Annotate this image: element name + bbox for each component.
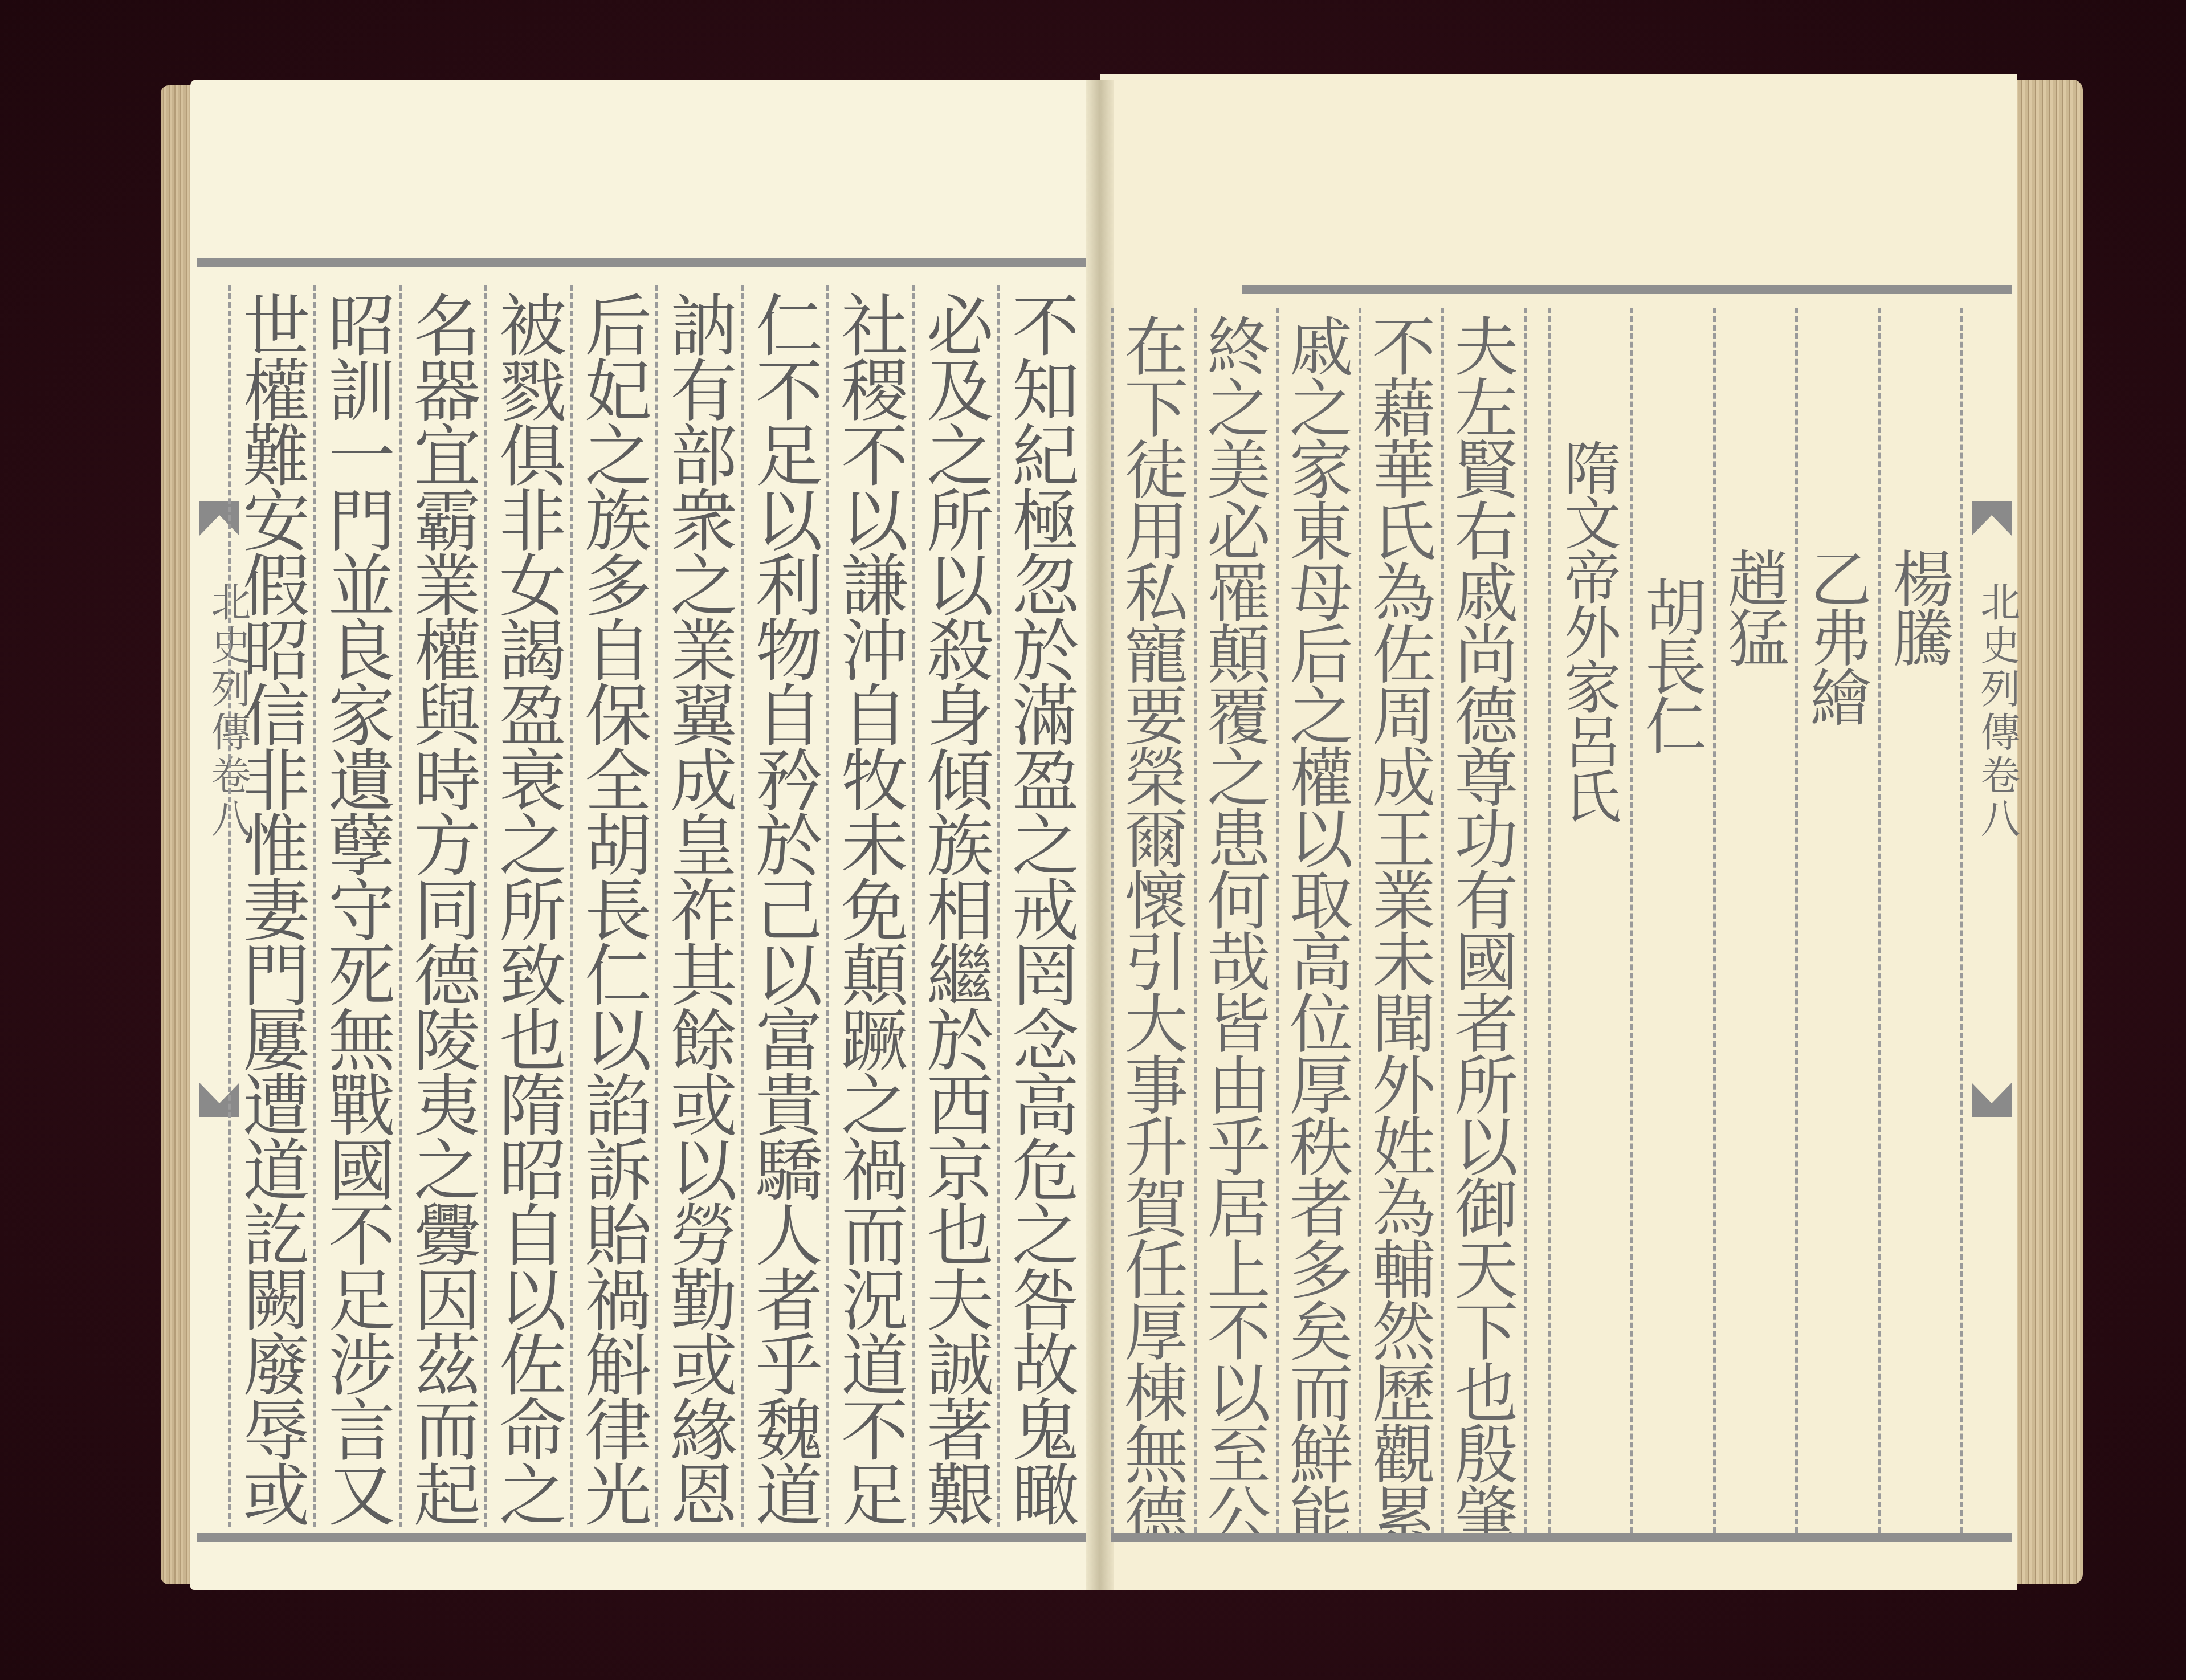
- left-top-border: [197, 258, 1086, 267]
- section-title: 隋文帝外家呂氏: [1548, 308, 1630, 1533]
- left-bottom-border: [197, 1533, 1086, 1542]
- book-gutter: [1086, 80, 1114, 1590]
- book-page-edges-left: [161, 85, 190, 1584]
- name-entry-yang-teng: 楊騰: [1878, 308, 1960, 1533]
- text-column: 后妃之族多自保全胡長仁以諂訴貽禍斛律光以地勢: [570, 285, 655, 1527]
- text-column: 訥有部衆之業翼成皇祚其餘或以勞勤或緣恩澤齊代: [655, 285, 741, 1527]
- text-column: 戚之家東母后之權以取高位厚秩者多矣而鮮能有古: [1276, 308, 1359, 1533]
- text-column: 世權難安假昭信非惟妻門屢遭道訖闕廢辱或望之地自: [228, 285, 313, 1527]
- text-column: 必及之所以殺身傾族相繼於西京也夫誠著艱難功宣: [912, 285, 997, 1527]
- text-column: 仁不足以利物自矜於己以富貴驕人者乎魏道武初賀: [741, 285, 826, 1527]
- text-column: 社稷不以謙沖自牧未免顛蹶之禍而況道不足以濟時: [826, 285, 912, 1527]
- text-column: 被戮俱非女謁盈衰之所致也隋昭自以佐命之功崇其: [484, 285, 570, 1527]
- text-column: 不知紀極忽於滿盈之戒罔念高危之咎故鬼瞰其室憂: [997, 285, 1083, 1527]
- text-column: 終之美必罹顛覆之患何哉皆由乎居上不以至公任物: [1194, 308, 1276, 1533]
- name-entry-yifu-hui: 乙弗繪: [1795, 308, 1878, 1533]
- right-bottom-border: [1111, 1533, 2012, 1542]
- right-top-border: [1242, 285, 2012, 294]
- text-column: 昭訓一門並良家遺孽守死無戰國不足涉言又子非繼: [313, 285, 399, 1527]
- name-entry-hu-changren: 胡長仁: [1630, 308, 1713, 1533]
- text-column: 夫左賢右戚尚德尊功有國者所以御天下也殷肇三古: [1441, 308, 1524, 1533]
- left-page-text: 不知紀極忽於滿盈之戒罔念高危之咎故鬼瞰其室憂 必及之所以殺身傾族相繼於西京也夫誠…: [228, 285, 1083, 1527]
- text-column: 在下徒用私寵要榮爾懷引大事升賀任厚棟無德而尊: [1111, 308, 1194, 1533]
- right-page-text: 楊騰 乙弗繪 趙猛 胡長仁 隋文帝外家呂氏 夫左賢右戚尚德尊功有國者所以御天下也…: [1111, 308, 2000, 1533]
- margin-column: [1960, 308, 2000, 1533]
- text-column: 不藉華氏為佐周成王業未聞外姓為輔然歷觀累代外: [1359, 308, 1441, 1533]
- text-column: 名器宜霸業權與時方同德陵夷之釁因茲而起其請德: [399, 285, 484, 1527]
- name-entry-zhao-meng: 趙猛: [1713, 308, 1796, 1533]
- spacer-column: [1524, 308, 1548, 1533]
